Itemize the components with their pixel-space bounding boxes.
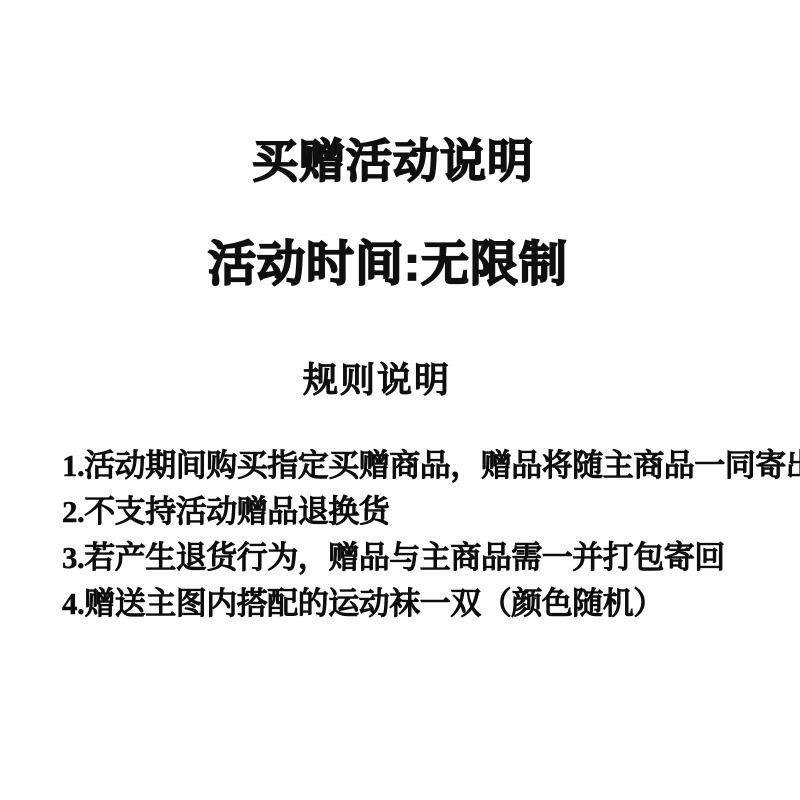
activity-time-heading: 活动时间:无限制 <box>0 241 776 289</box>
rules-list: 1.活动期间购买指定买赠商品，赠品将随主商品一同寄出 2.不支持活动赠品退换货 … <box>62 444 770 628</box>
rule-item-3: 3.若产生退货行为，赠品与主商品需一并打包寄回 <box>62 536 770 582</box>
rule-item-4: 4.赠送主图内搭配的运动袜一双（颜色随机） <box>62 582 770 628</box>
promo-notice-page: 买赠活动说明 活动时间:无限制 规则说明 1.活动期间购买指定买赠商品，赠品将随… <box>0 0 800 800</box>
page-title: 买赠活动说明 <box>0 138 786 184</box>
rule-item-1: 1.活动期间购买指定买赠商品，赠品将随主商品一同寄出 <box>62 444 770 490</box>
rule-item-2: 2.不支持活动赠品退换货 <box>62 490 770 536</box>
rules-heading: 规则说明 <box>0 361 754 401</box>
